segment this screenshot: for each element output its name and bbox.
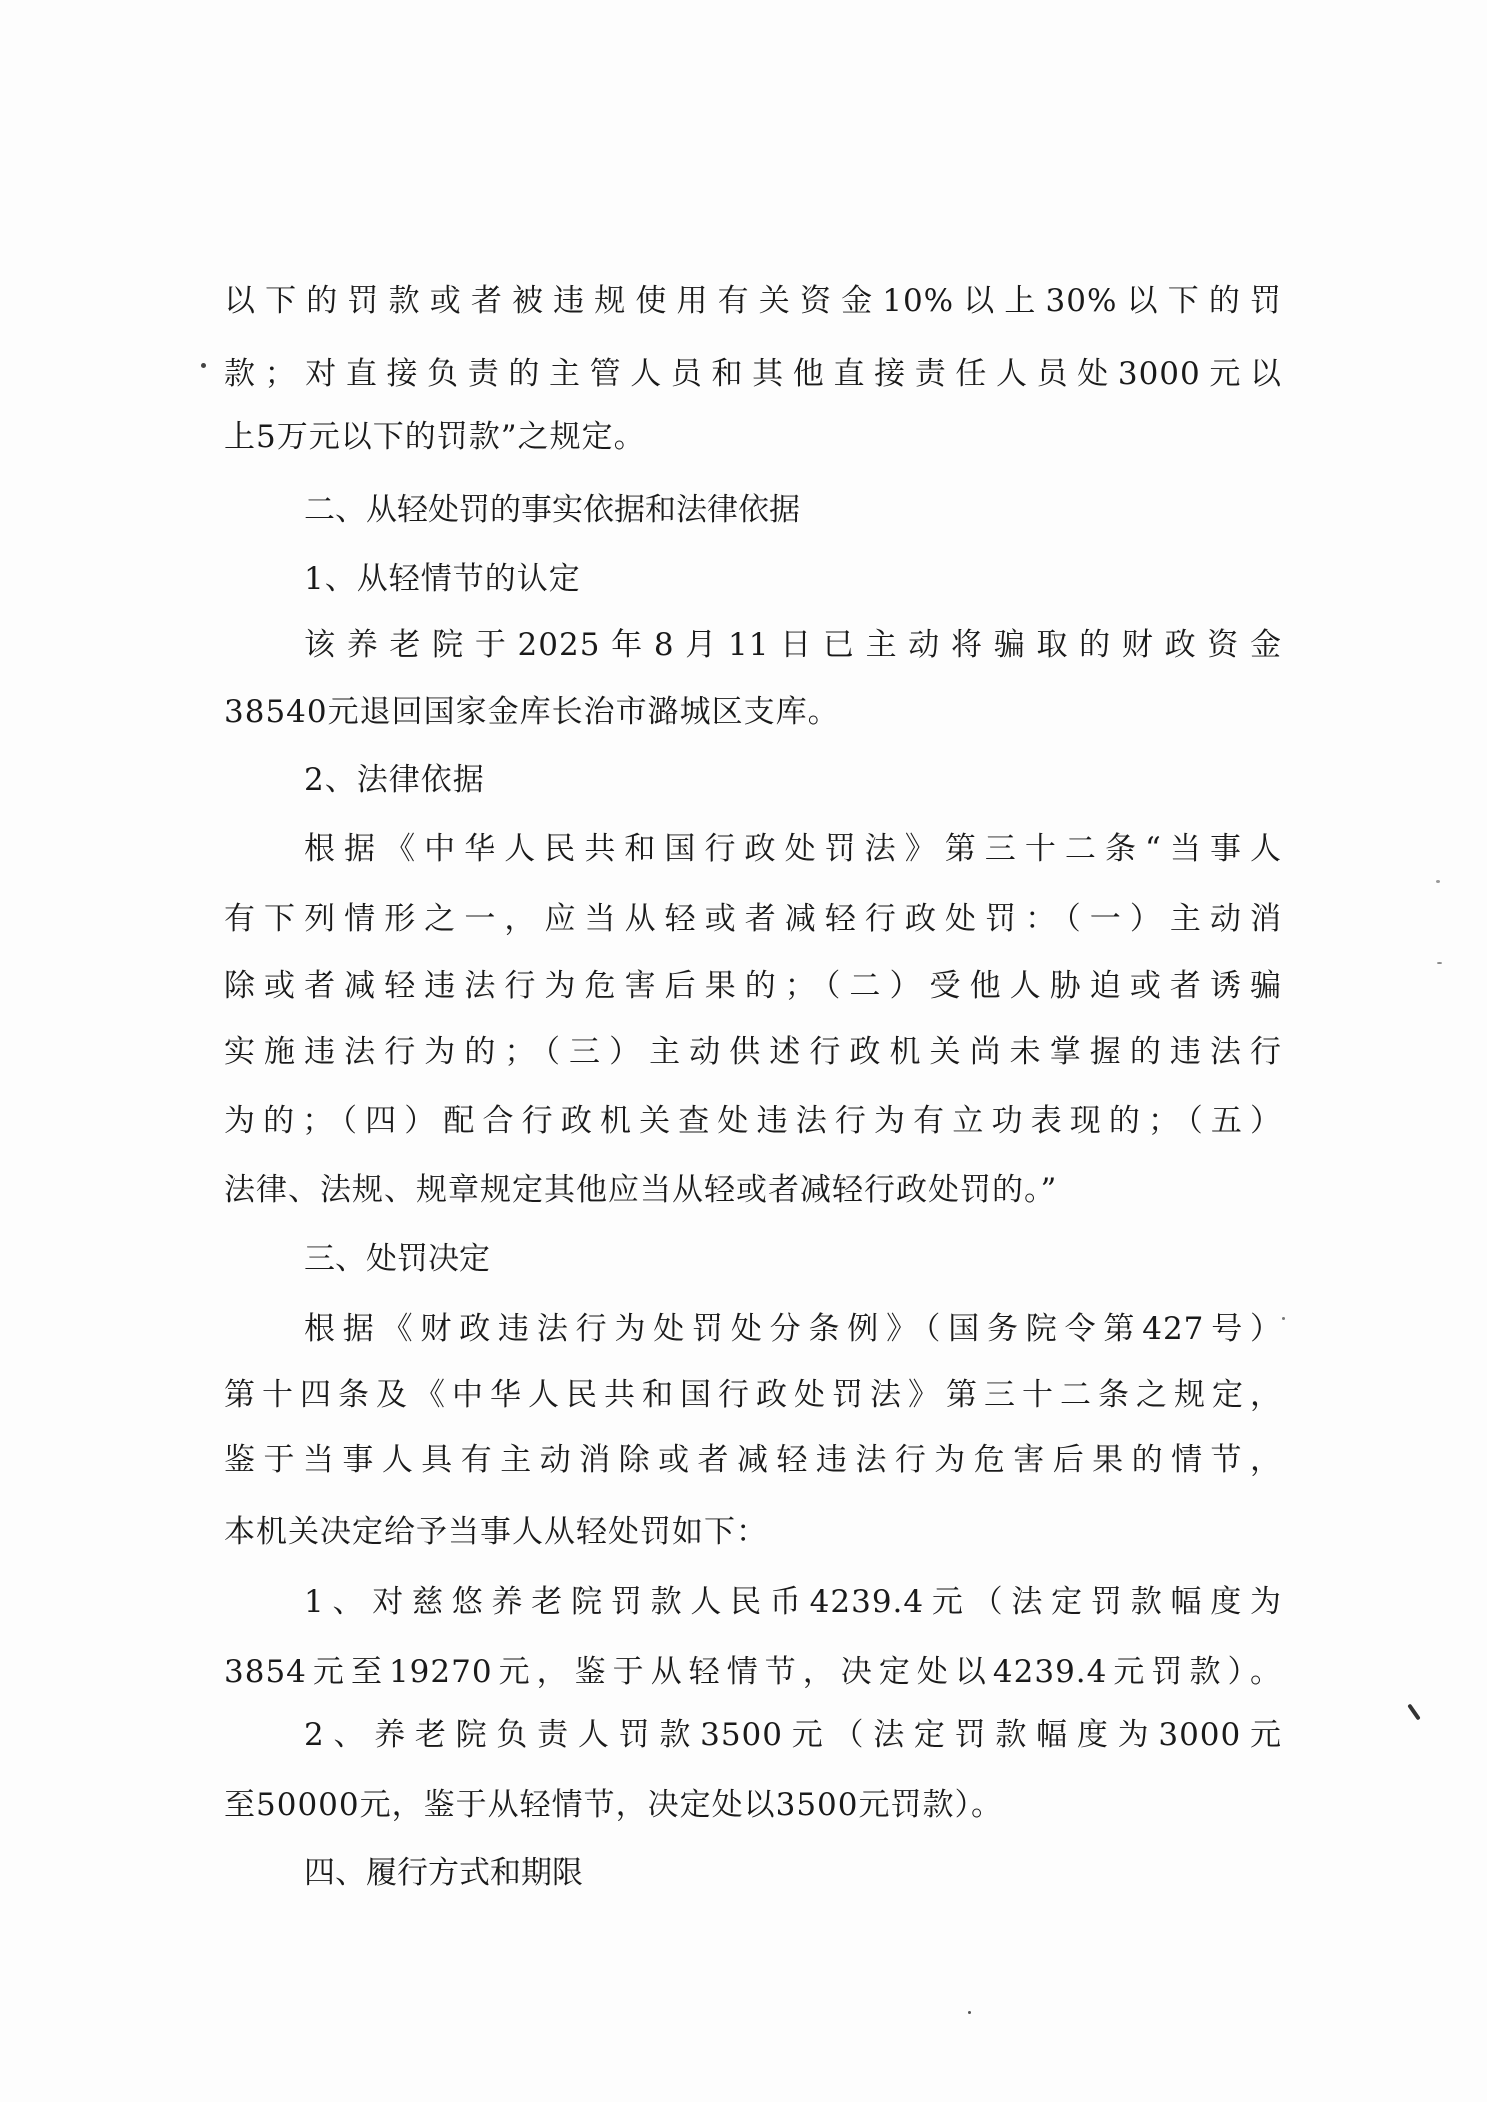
penalty-item-2-line-1: 2、养老院负责人罚款3500元（法定罚款幅度为3000元 <box>304 1713 1282 1757</box>
body-line-decision-3: 鉴于当事人具有主动消除或者减轻违法行为危害后果的情节， <box>224 1438 1282 1482</box>
body-line-decision-2: 第十四条及《中华人民共和国行政处罚法》第三十二条之规定， <box>224 1373 1282 1417</box>
body-line-law-5: 为的；（四）配合行政机关查处违法行为有立功表现的；（五） <box>224 1099 1282 1143</box>
penalty-item-1-line-2: 3854元至19270元，鉴于从轻情节，决定处以4239.4元罚款）。 <box>224 1650 1282 1694</box>
section-heading-4: 四、履行方式和期限 <box>304 1851 1282 1895</box>
penalty-item-2-line-2: 至50000元，鉴于从轻情节，决定处以3500元罚款）。 <box>224 1783 1282 1827</box>
body-line-law-1: 根据《中华人民共和国行政处罚法》第三十二条“当事人 <box>304 827 1282 871</box>
section-heading-2: 二、从轻处罚的事实依据和法律依据 <box>304 488 1282 532</box>
body-line-law-4: 实施违法行为的；（三）主动供述行政机关尚未掌握的违法行 <box>224 1030 1282 1074</box>
body-line-refund-1: 该养老院于2025年8月11日已主动将骗取的财政资金 <box>304 623 1282 667</box>
body-line-3: 上5万元以下的罚款”之规定。 <box>224 415 1282 459</box>
body-line-law-3: 除或者减轻违法行为危害后果的；（二）受他人胁迫或者诱骗 <box>224 964 1282 1008</box>
scan-scratch-right <box>1407 1703 1421 1720</box>
body-line-decision-4: 本机关决定给予当事人从轻处罚如下： <box>224 1510 1282 1554</box>
document-page: 以下的罚款或者被违规使用有关资金10%以上30%以下的罚 款；对直接负责的主管人… <box>0 0 1487 2102</box>
subsection-heading-2-1: 1、从轻情节的认定 <box>304 557 1282 601</box>
scan-speck-right-1 <box>1436 880 1440 883</box>
scan-speck-left <box>201 363 206 368</box>
scan-speck-bottom <box>968 2011 971 2014</box>
body-line-decision-1: 根据《财政违法行为处罚处分条例》（国务院令第427号） <box>304 1307 1282 1351</box>
section-heading-3: 三、处罚决定 <box>304 1237 1282 1281</box>
body-line-law-2: 有下列情形之一，应当从轻或者减轻行政处罚：（一）主动消 <box>224 897 1282 941</box>
body-line-refund-2: 38540元退回国家金库长治市潞城区支库。 <box>224 690 1282 734</box>
scan-speck-right-3 <box>1282 1317 1285 1320</box>
body-line-2: 款；对直接负责的主管人员和其他直接责任人员处3000元以 <box>224 352 1282 396</box>
penalty-item-1-line-1: 1、对慈悠养老院罚款人民币4239.4元（法定罚款幅度为 <box>304 1580 1282 1624</box>
body-line-law-6: 法律、法规、规章规定其他应当从轻或者减轻行政处罚的。” <box>224 1168 1282 1212</box>
subsection-heading-2-2: 2、法律依据 <box>304 758 1282 802</box>
scan-speck-right-2 <box>1437 962 1442 964</box>
body-line-1: 以下的罚款或者被违规使用有关资金10%以上30%以下的罚 <box>224 279 1282 323</box>
